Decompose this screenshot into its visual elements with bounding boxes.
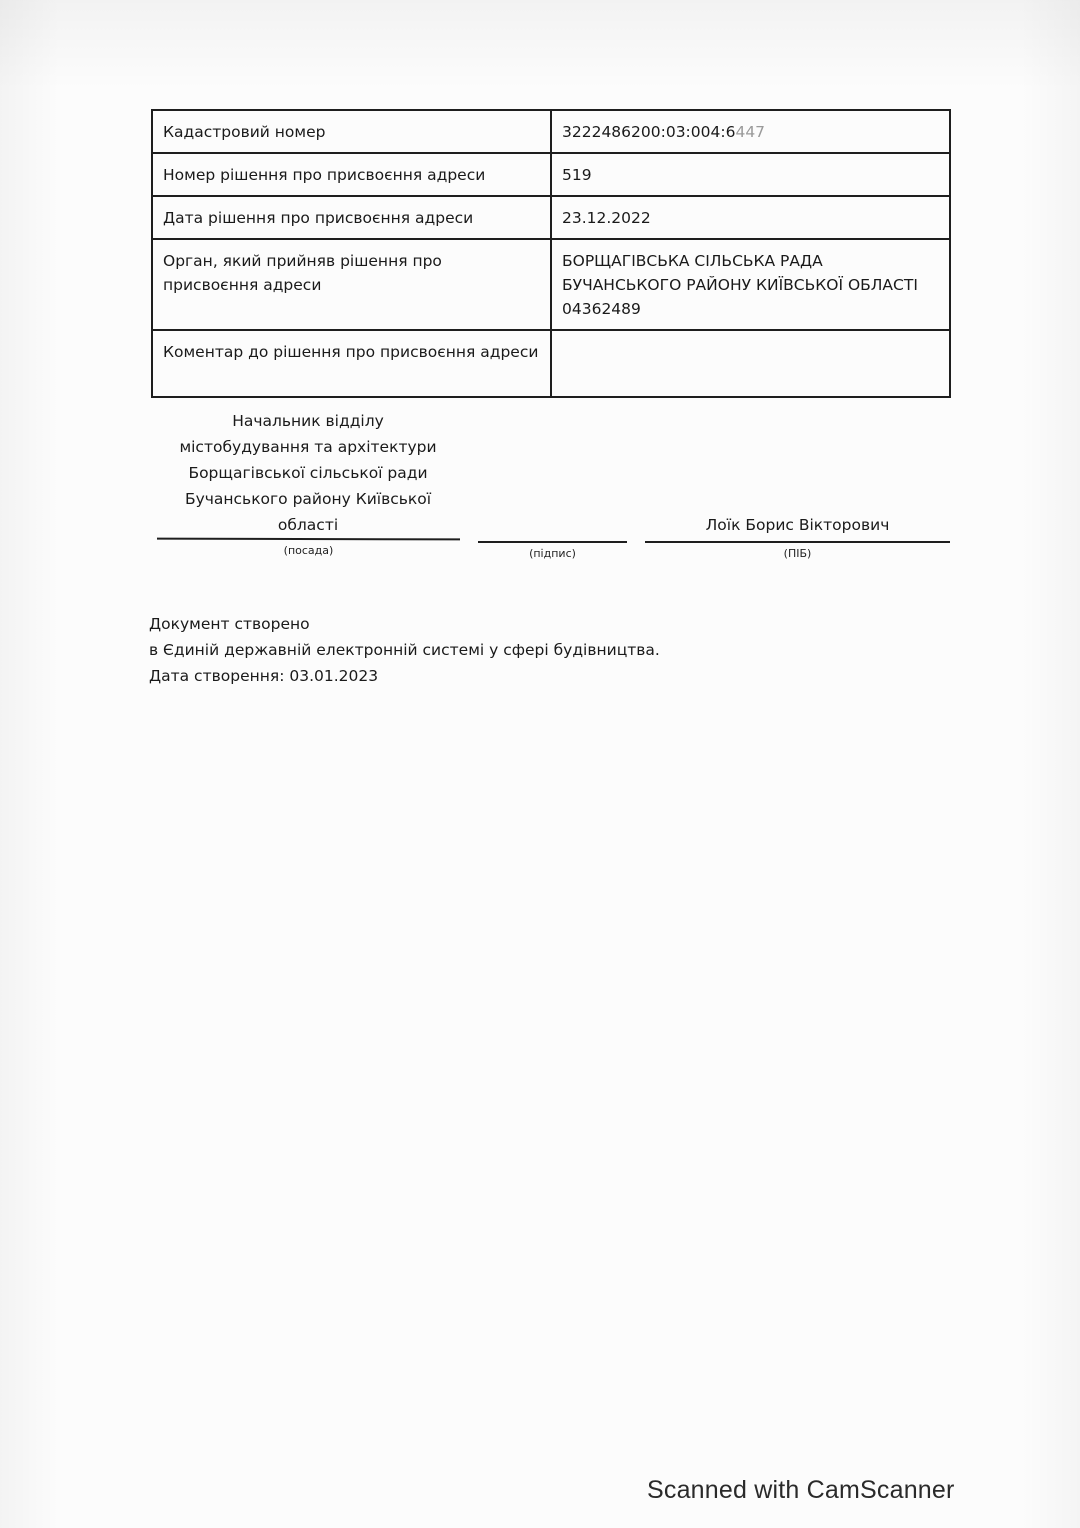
comment-label: Коментар до рішення про присвоєння адрес… xyxy=(152,330,551,397)
position-line-1: Начальник відділу xyxy=(158,408,458,434)
creation-note: Документ створено в Єдиній державній еле… xyxy=(149,611,660,689)
decision-date-value: 23.12.2022 xyxy=(551,196,950,239)
scanned-page: Кадастровий номер 3222486200:03:004:6447… xyxy=(0,0,1080,1528)
cadastral-number-value: 3222486200:03:004:6447 xyxy=(551,110,950,153)
decision-number-value: 519 xyxy=(551,153,950,196)
decision-date-label: Дата рішення про присвоєння адреси xyxy=(152,196,551,239)
table-row-decision-number: Номер рішення про присвоєння адреси 519 xyxy=(152,153,950,196)
table-row-issuing-authority: Орган, який прийняв рішення про присвоєн… xyxy=(152,239,950,330)
creation-date: Дата створення: 03.01.2023 xyxy=(149,663,660,689)
decision-number-label: Номер рішення про присвоєння адреси xyxy=(152,153,551,196)
position-underline xyxy=(157,538,460,541)
table-row-cadastral-number: Кадастровий номер 3222486200:03:004:6447 xyxy=(152,110,950,153)
signatory-position: Начальник відділу містобудування та архі… xyxy=(158,408,458,538)
address-info-table: Кадастровий номер 3222486200:03:004:6447… xyxy=(151,109,951,398)
name-caption: (ПІБ) xyxy=(645,547,950,560)
creation-note-line-2: в Єдиній державній електронній системі у… xyxy=(149,637,660,663)
signature-underline xyxy=(478,541,627,543)
table-row-comment: Коментар до рішення про присвоєння адрес… xyxy=(152,330,950,397)
cadastral-number-label: Кадастровий номер xyxy=(152,110,551,153)
scan-shadow xyxy=(0,0,1080,90)
signatory-name: Лоїк Борис Вікторович xyxy=(645,516,950,534)
authority-line-2: БУЧАНСЬКОГО РАЙОНУ КИЇВСЬКОЇ ОБЛАСТІ xyxy=(562,273,939,297)
issuing-authority-label: Орган, який прийняв рішення про присвоєн… xyxy=(152,239,551,330)
table-row-decision-date: Дата рішення про присвоєння адреси 23.12… xyxy=(152,196,950,239)
authority-line-1: БОРЩАГІВСЬКА СІЛЬСЬКА РАДА xyxy=(562,249,939,273)
issuing-authority-value: БОРЩАГІВСЬКА СІЛЬСЬКА РАДА БУЧАНСЬКОГО Р… xyxy=(551,239,950,330)
position-line-5: області xyxy=(158,512,458,538)
cadastral-number-main: 3222486200:03:004:6 xyxy=(562,123,735,141)
position-caption: (посада) xyxy=(157,544,460,557)
creation-note-line-1: Документ створено xyxy=(149,611,660,637)
position-line-2: містобудування та архітектури xyxy=(158,434,458,460)
camscanner-watermark: Scanned with CamScanner xyxy=(647,1476,955,1505)
cadastral-number-faded: 447 xyxy=(735,123,765,141)
position-line-4: Бучанського району Київської xyxy=(158,486,458,512)
name-underline xyxy=(645,541,950,543)
authority-code: 04362489 xyxy=(562,297,939,321)
comment-value xyxy=(551,330,950,397)
position-line-3: Борщагівської сільської ради xyxy=(158,460,458,486)
signature-caption: (підпис) xyxy=(478,547,627,560)
